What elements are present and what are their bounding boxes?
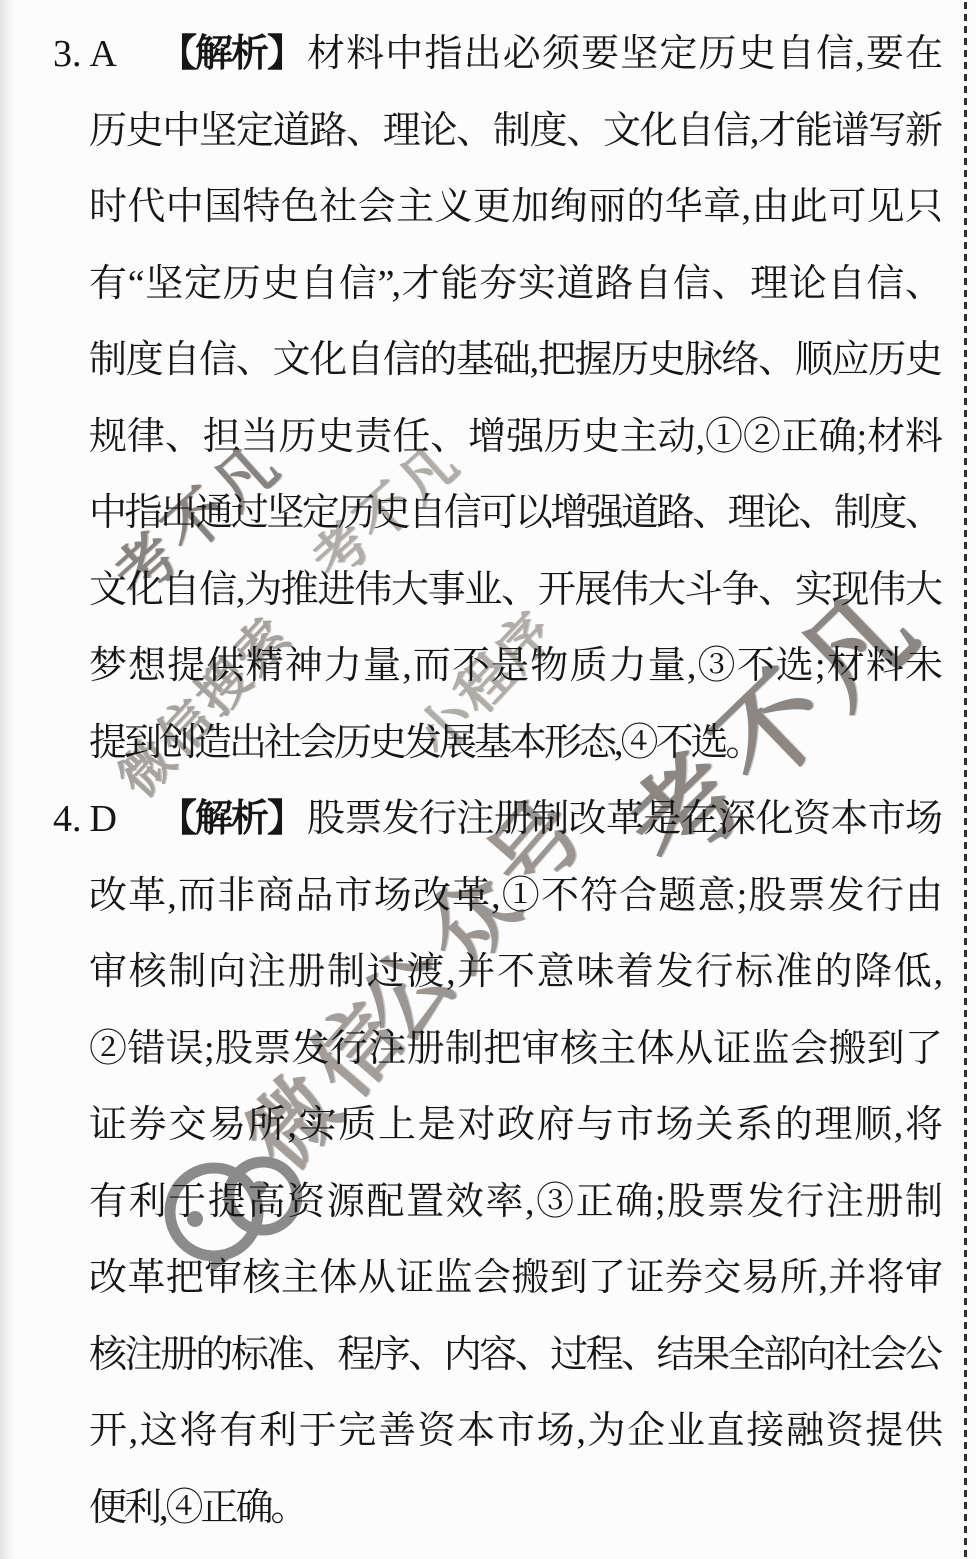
answer-line: 中指出通过坚定历史自信可以增强道路、理论、制度、: [89, 475, 940, 552]
answer-line: 有利于提高资源配置效率,③正确;股票发行注册制: [89, 1164, 940, 1241]
answer-first-line: 4.D【解析】股票发行注册制改革是在深化资本市场: [53, 781, 940, 858]
answer-line: 开,这将有利于完善资本市场,为企业直接融资提供: [89, 1393, 940, 1470]
answer-letter: D: [90, 781, 117, 858]
answer-first-line: 3.A【解析】材料中指出必须要坚定历史自信,要在: [53, 16, 940, 93]
analysis-tag: 【解析】: [159, 16, 303, 93]
answer-line: 提到创造出社会历史发展基本形态,④不选。: [89, 705, 940, 782]
answer-line: 改革把审核主体从证监会搬到了证券交易所,并将审: [89, 1240, 940, 1317]
scanned-answer-page: 考不凡微信搜索考不凡小程序微信公众号考不凡 3.A【解析】材料中指出必须要坚定历…: [0, 0, 976, 1559]
answer-line: 审核制向注册制过渡,并不意味着发行标准的降低,: [89, 934, 940, 1011]
answer-line: 时代中国特色社会主义更加绚丽的华章,由此可见只: [89, 169, 940, 246]
answer-line: 便利,④正确。: [89, 1470, 940, 1547]
answer-line: 证券交易所,实质上是对政府与市场关系的理顺,将: [89, 1087, 940, 1164]
page-left-shadow: [0, 0, 15, 1559]
answer-line: 历史中坚定道路、理论、制度、文化自信,才能谱写新: [89, 93, 940, 170]
answer-line: 规律、担当历史责任、增强历史主动,①②正确;材料: [89, 399, 940, 476]
answer-line-text: 股票发行注册制改革是在深化资本市场: [307, 781, 940, 858]
answer-line-text: 材料中指出必须要坚定历史自信,要在: [307, 16, 940, 93]
answer-line: 制度自信、文化自信的基础,把握历史脉络、顺应历史: [89, 322, 940, 399]
analysis-tag: 【解析】: [159, 781, 303, 858]
answer-line: 改革,而非商品市场改革,①不符合题意;股票发行由: [89, 858, 940, 935]
answer-number: 4.: [53, 781, 82, 858]
answer-letter: A: [90, 16, 117, 93]
answer-line: 有“坚定历史自信”,才能夯实道路自信、理论自信、: [89, 246, 940, 323]
answer-line: 核注册的标准、程序、内容、过程、结果全部向社会公: [89, 1317, 940, 1394]
page-right-dashed-border: [964, 2, 967, 1557]
answer-number: 3.: [53, 16, 82, 93]
answer-line: ②错误;股票发行注册制把审核主体从证监会搬到了: [89, 1011, 940, 1088]
answer-line: 文化自信,为推进伟大事业、开展伟大斗争、实现伟大: [89, 552, 940, 629]
answer-line: 梦想提供精神力量,而不是物质力量,③不选;材料未: [89, 628, 940, 705]
